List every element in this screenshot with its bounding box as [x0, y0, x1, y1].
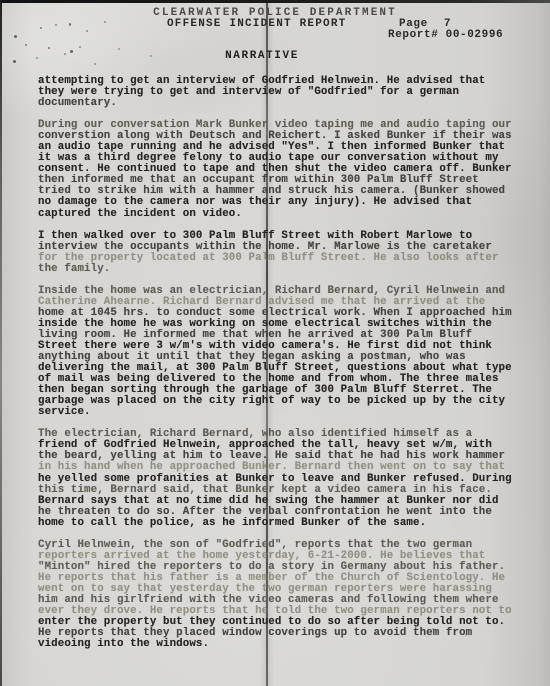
narrative-paragraph: attempting to get an interview of Godfri… [38, 76, 538, 109]
narrative-paragraph: The electrician, Richard Bernard, who al… [38, 429, 538, 528]
report-number-value: 00-02996 [446, 29, 504, 41]
scanned-document-page: CLEARWATER POLICE DEPARTMENT OFFENSE INC… [0, 0, 550, 686]
narrative-section-heading: NARRATIVE [0, 50, 524, 62]
report-number-field: Report# 00-02996 [388, 29, 503, 41]
narrative-line: went on to say that yesterday the two ge… [38, 584, 538, 595]
narrative-line: reporters arrived at the home yesterday,… [38, 551, 538, 562]
report-type-title: OFFENSE INCIDENT REPORT [167, 18, 346, 30]
narrative-paragraph: Inside the home was an electrician, Rich… [38, 286, 538, 419]
narrative-line: interview the occupants within the home.… [38, 242, 538, 253]
narrative-body: attempting to get an interview of Godfri… [38, 76, 538, 661]
narrative-line: this time, Bernard said, that Bunker kep… [38, 485, 538, 496]
narrative-line: captured the incident on video. [38, 209, 538, 220]
narrative-paragraph: I then walked over to 300 Palm Bluff Str… [38, 231, 538, 275]
narrative-line: no damage to the camera nor was their an… [38, 197, 538, 208]
narrative-line: for the property located at 300 Palm Blu… [38, 253, 538, 264]
narrative-line: home to call the police, as he informed … [38, 518, 538, 529]
narrative-paragraph: Cyril Helnwein, the son of "Godfried", r… [38, 540, 538, 650]
narrative-line: documentary. [38, 98, 538, 109]
narrative-line: Bernard says that at no time did he swin… [38, 496, 538, 507]
narrative-line: garbage was placed on the city right of … [38, 396, 538, 407]
narrative-line: videoing into the windows. [38, 639, 538, 650]
narrative-line: service. [38, 407, 538, 418]
scan-edge-top [0, 0, 550, 3]
scan-edge-left [0, 0, 2, 686]
report-number-label: Report# [388, 29, 438, 41]
narrative-line: he yelled some profanities at Bunker to … [38, 474, 538, 485]
narrative-line: in his hand when he approached Bunker. B… [38, 462, 538, 473]
narrative-line: Catherine Ahearne. Richard Bernard advis… [38, 297, 538, 308]
narrative-paragraph: During our conversation Mark Bunker vide… [38, 120, 538, 219]
narrative-line: I then walked over to 300 Palm Bluff Str… [38, 231, 538, 242]
narrative-line: ever they drove. He reports that he told… [38, 606, 538, 617]
narrative-line: the family. [38, 264, 538, 275]
